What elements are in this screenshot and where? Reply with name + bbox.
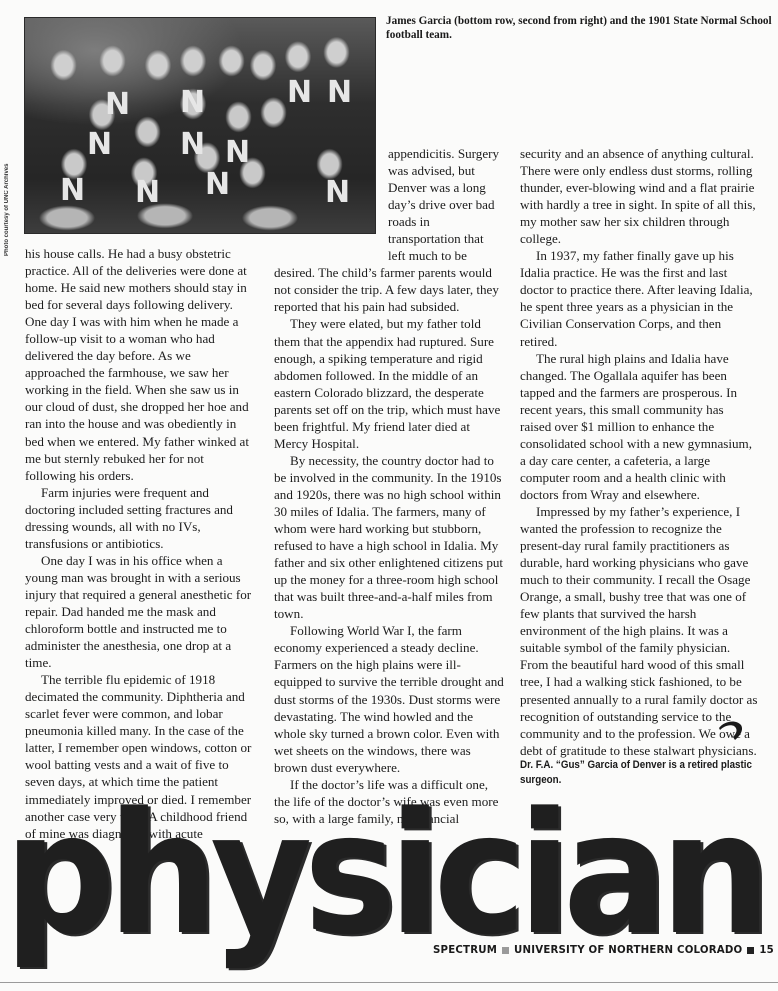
jersey-letter: N [135, 178, 160, 208]
paragraph: Farm injuries were frequent and doctorin… [25, 484, 253, 552]
jersey-letter: N [180, 130, 205, 160]
jersey-letter: N [225, 138, 250, 168]
jersey-letter: N [105, 90, 130, 120]
article-title: physician [4, 790, 763, 958]
separator-square-icon [502, 947, 509, 954]
article-column-2: appendicitis. Surgery was advised, but D… [274, 145, 504, 827]
end-of-article-icon [718, 719, 744, 741]
paragraph: One day I was in his office when a young… [25, 552, 253, 671]
photo-caption: James Garcia (bottom row, second from ri… [386, 14, 776, 42]
institution-name: UNIVERSITY OF NORTHERN COLORADO [514, 945, 742, 956]
paragraph: Following World War I, the farm economy … [274, 622, 504, 775]
jersey-letter: N [87, 130, 112, 160]
paragraph: his house calls. He had a busy obstetric… [25, 245, 253, 484]
page-footer: SPECTRUM UNIVERSITY OF NORTHERN COLORADO… [433, 945, 774, 956]
paragraph: They were elated, but my father told the… [274, 315, 504, 451]
paragraph: The rural high plains and Idalia have ch… [520, 350, 758, 503]
paragraph: In 1937, my father finally gave up his I… [520, 247, 758, 349]
photo-credit: Photo courtesy of UNC Archives [4, 160, 16, 260]
article-column-3: security and an absence of anything cult… [520, 145, 758, 759]
jersey-letter: N [287, 78, 312, 108]
photo-wrap-spacer [274, 145, 388, 249]
paragraph: security and an absence of anything cult… [520, 145, 758, 247]
publication-name: SPECTRUM [433, 945, 497, 956]
jersey-letter: N [180, 88, 205, 118]
separator-square-icon [747, 947, 754, 954]
bottom-rule [0, 982, 778, 983]
paragraph: By necessity, the country doctor had to … [274, 452, 504, 622]
page-number: 15 [759, 945, 774, 956]
article-column-1: his house calls. He had a busy obstetric… [25, 245, 253, 842]
jersey-letter: N [60, 176, 85, 206]
jersey-letter: N [327, 78, 352, 108]
jersey-letter: N [205, 170, 230, 200]
